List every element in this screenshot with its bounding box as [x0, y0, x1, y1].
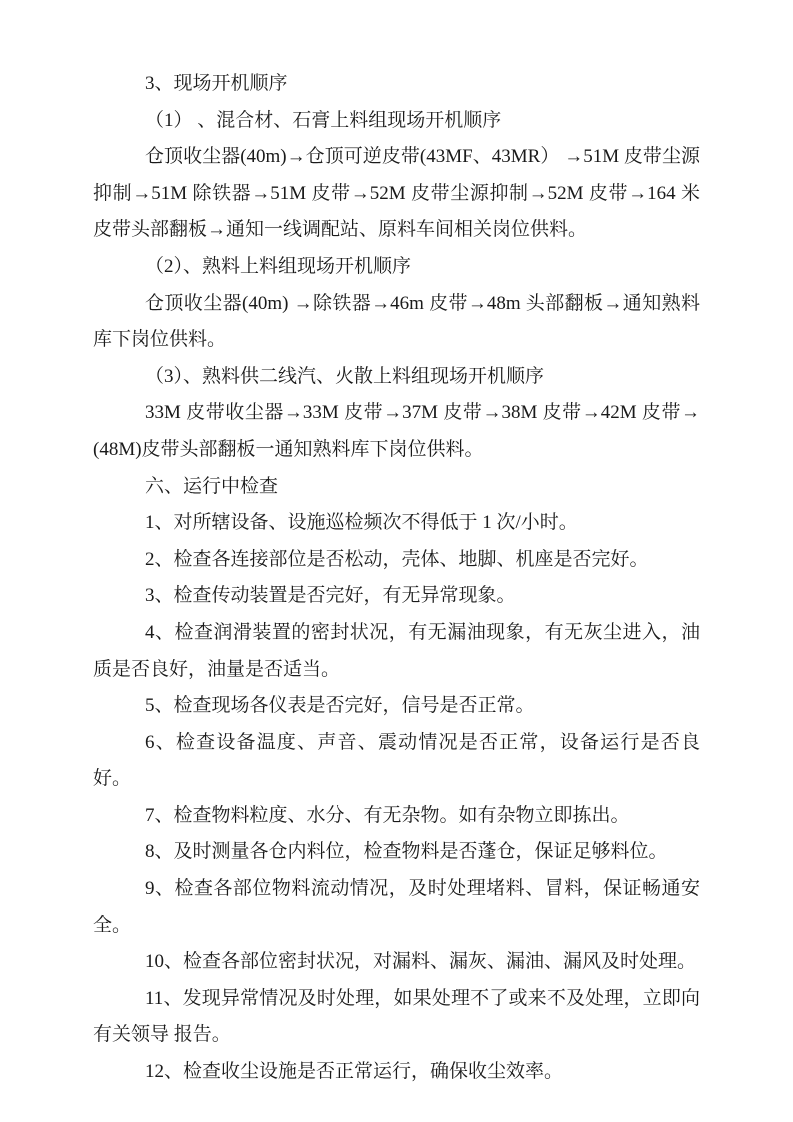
- paragraph-item-6: 6、检查设备温度、声音、震动情况是否正常，设备运行是否良好。: [93, 725, 700, 798]
- paragraph-item-12: 12、检查收尘设施是否正常运行，确保收尘效率。: [93, 1054, 700, 1091]
- paragraph-item-2: 2、检查各连接部位是否松动，壳体、地脚、机座是否完好。: [93, 542, 700, 579]
- paragraph-sequence-2: 仓顶收尘器(40m) →除铁器→46m 皮带→48m 头部翻板→通知熟料库下岗位…: [93, 286, 700, 359]
- paragraph-sequence-1: 仓顶收尘器(40m)→仓顶可逆皮带(43MF、43MR） →51M 皮带尘源抑制…: [93, 139, 700, 249]
- paragraph-subheading-1: （1） 、混合材、石膏上料组现场开机顺序: [93, 103, 700, 140]
- paragraph-subheading-3: （3）、熟料供二线汽、火散上料组现场开机顺序: [93, 359, 700, 396]
- paragraph-item-8: 8、及时测量各仓内料位，检查物料是否蓬仓，保证足够料位。: [93, 834, 700, 871]
- paragraph-item-11: 11、发现异常情况及时处理，如果处理不了或来不及处理，立即向有关领导 报告。: [93, 981, 700, 1054]
- paragraph-item-3: 3、检查传动装置是否完好，有无异常现象。: [93, 578, 700, 615]
- paragraph-heading-3: 3、现场开机顺序: [93, 66, 700, 103]
- paragraph-item-9: 9、检查各部位物料流动情况，及时处理堵料、冒料，保证畅通安全。: [93, 871, 700, 944]
- paragraph-item-1: 1、对所辖设备、设施巡检频次不得低于 1 次/小时。: [93, 505, 700, 542]
- document-page: 3、现场开机顺序 （1） 、混合材、石膏上料组现场开机顺序 仓顶收尘器(40m)…: [0, 0, 793, 1122]
- document-body: 3、现场开机顺序 （1） 、混合材、石膏上料组现场开机顺序 仓顶收尘器(40m)…: [93, 66, 700, 1091]
- paragraph-item-7: 7、检查物料粒度、水分、有无杂物。如有杂物立即拣出。: [93, 798, 700, 835]
- paragraph-item-10: 10、检查各部位密封状况，对漏料、漏灰、漏油、漏风及时处理。: [93, 944, 700, 981]
- paragraph-sequence-3: 33M 皮带收尘器→33M 皮带→37M 皮带→38M 皮带→42M 皮带→ (…: [93, 395, 700, 468]
- paragraph-subheading-2: （2）、熟料上料组现场开机顺序: [93, 249, 700, 286]
- paragraph-heading-6: 六、运行中检查: [93, 469, 700, 506]
- paragraph-item-4: 4、检查润滑装置的密封状况，有无漏油现象，有无灰尘进入，油质是否良好，油量是否适…: [93, 615, 700, 688]
- paragraph-item-5: 5、检查现场各仪表是否完好，信号是否正常。: [93, 688, 700, 725]
